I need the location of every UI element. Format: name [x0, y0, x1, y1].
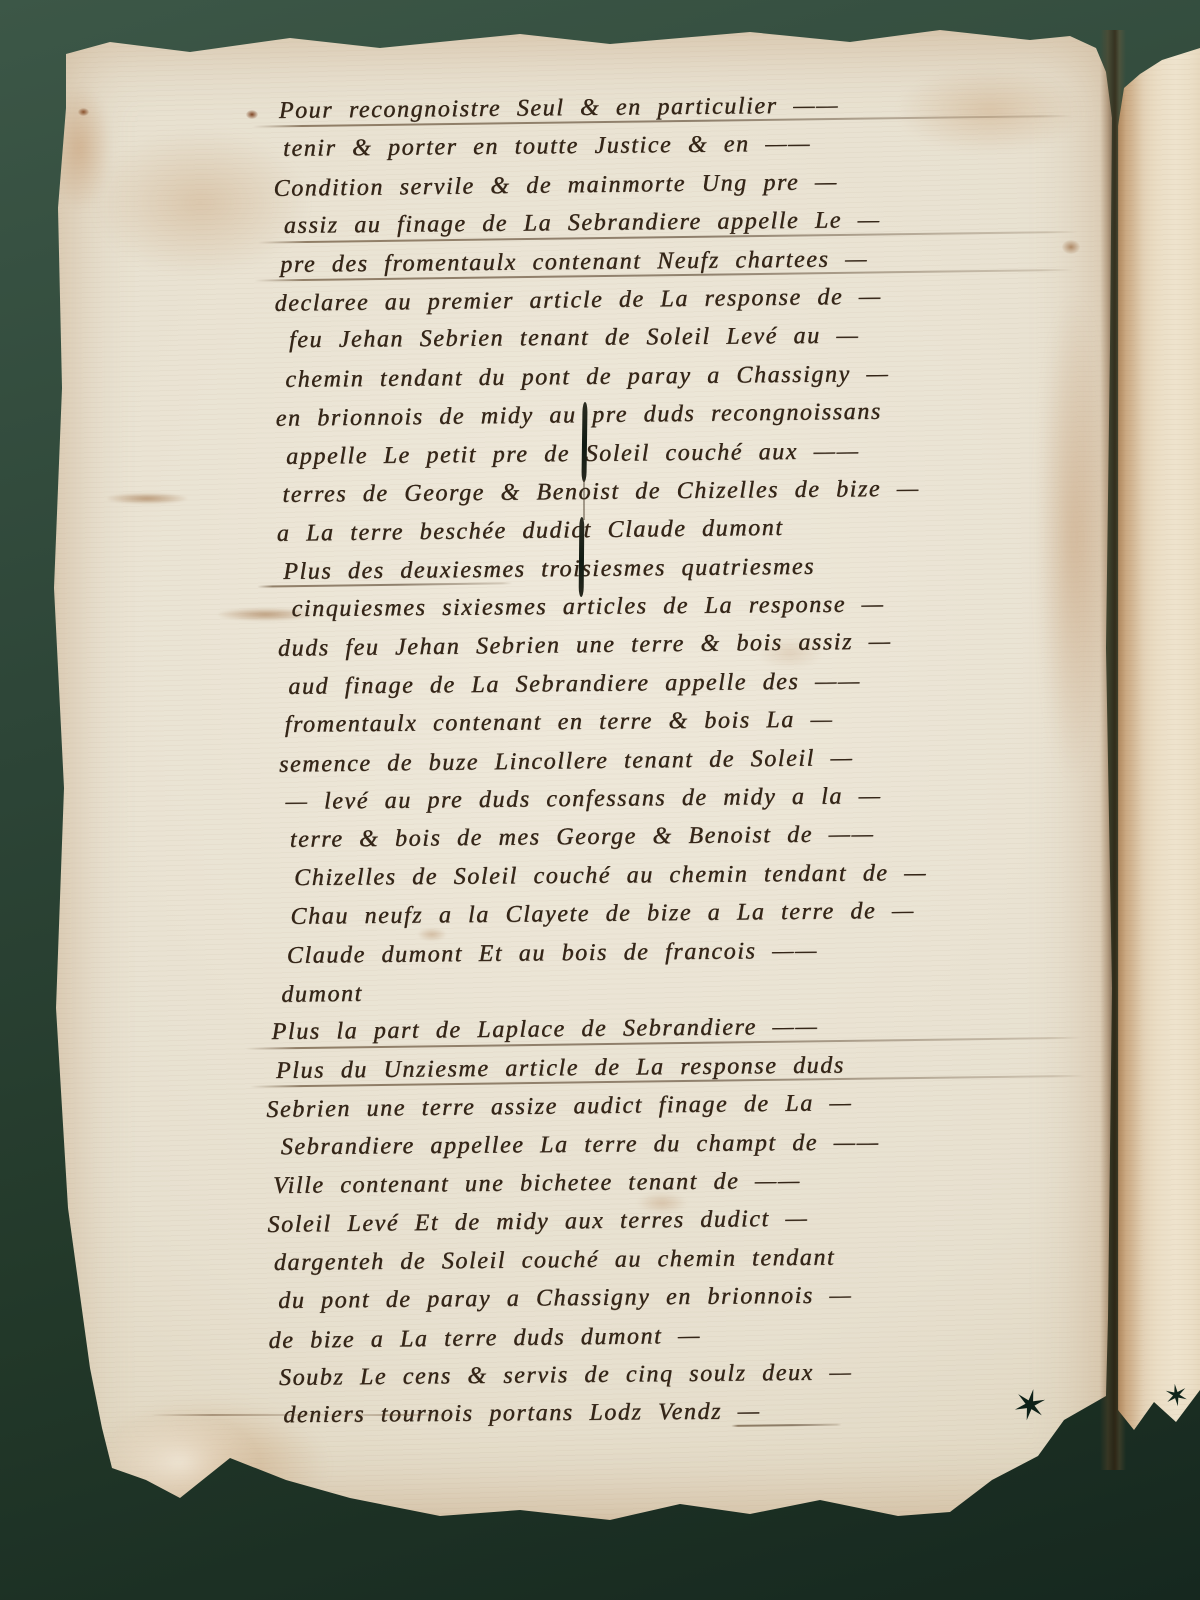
torn-star-hole: ✶	[1162, 1380, 1191, 1413]
photo-background: Pour recongnoistre Seul & en particulier…	[0, 0, 1200, 1600]
stain	[50, 88, 110, 208]
stain	[102, 1416, 257, 1508]
facing-page-edge: ✶	[1118, 30, 1200, 1458]
stain	[107, 493, 187, 504]
manuscript-text: Pour recongnoistre Seul & en particulier…	[279, 84, 1104, 1435]
star-tear-glyph: ✶	[1162, 1378, 1191, 1414]
tear-crease	[583, 480, 585, 520]
page-fold-gutter	[1100, 30, 1126, 1470]
stain	[246, 110, 258, 119]
manuscript-line: deniers tournois portans Lodz Vendz —	[283, 1390, 1111, 1435]
manuscript-page: Pour recongnoistre Seul & en particulier…	[50, 28, 1114, 1522]
tear-slit	[579, 517, 585, 597]
stain	[78, 108, 89, 116]
crease-line	[150, 1414, 460, 1416]
